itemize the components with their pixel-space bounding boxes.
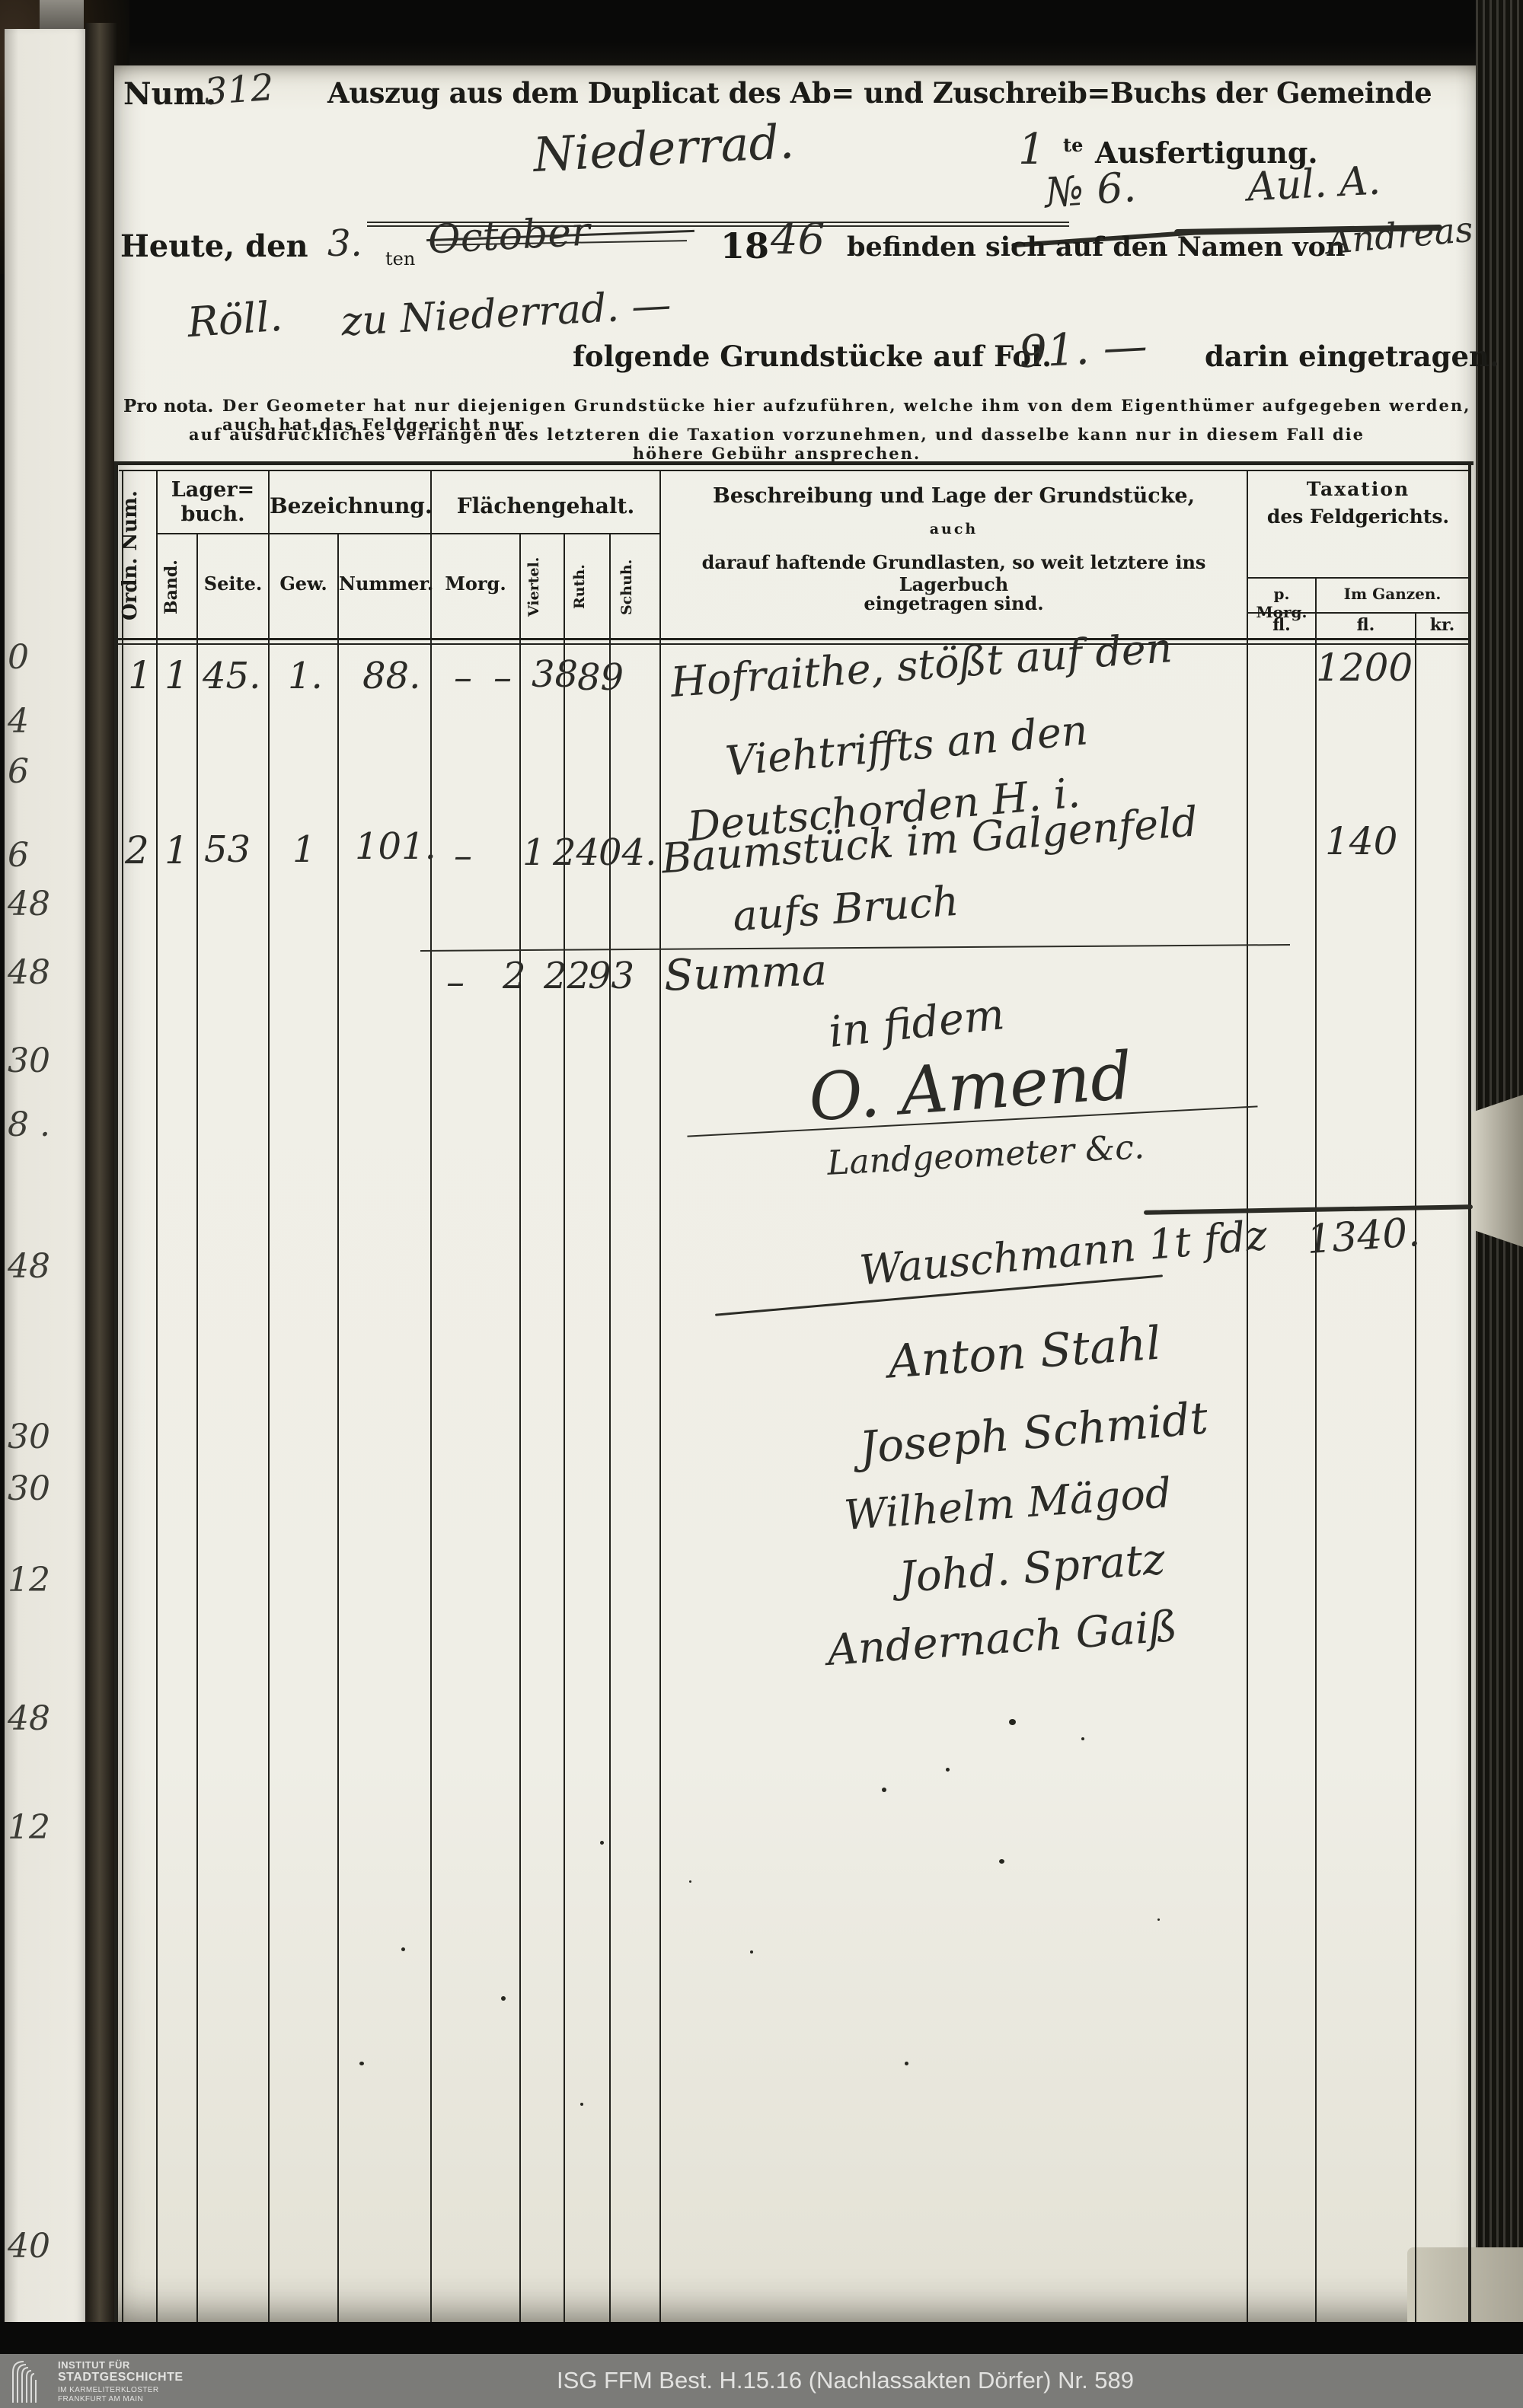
col-line-viertel (564, 533, 565, 2322)
fol-suffix: darin eingetragen. (1205, 340, 1499, 373)
ink-blot (905, 2062, 908, 2065)
margin-number: 48 (8, 953, 50, 992)
institute-line3: IM KARMELITERKLOSTER (58, 2386, 184, 2394)
date-rest: befinden sich auf den Namen von (847, 231, 1345, 263)
header-im-ganzen: Im Ganzen. (1317, 585, 1468, 603)
header-beschreibung-line2: auch (661, 521, 1247, 537)
ink-blot (401, 1947, 405, 1951)
file-number-handwritten: № 6. (1043, 163, 1138, 217)
row2-seite: 53 (204, 828, 251, 871)
summa-schuh: 93 (588, 955, 634, 997)
row2-ruth: 24 (553, 831, 599, 874)
margin-number: 30 (8, 1469, 50, 1508)
table-border-left (114, 461, 118, 2322)
margin-number: 4 (8, 702, 29, 741)
row2-taxation-im-ganzen: 140 (1325, 819, 1397, 863)
header-nummer: Nummer. (339, 572, 430, 595)
header-lagerbuch-line2: buch. (158, 502, 268, 526)
header-bottom-line (114, 638, 1471, 640)
table-border-top (114, 461, 1474, 465)
ink-blot (1009, 1719, 1016, 1725)
col-line-beschreibung (1247, 470, 1248, 2322)
col-line-gew (337, 533, 339, 2322)
ink-blot (359, 2062, 364, 2065)
margin-number: 0 (8, 638, 29, 677)
copy-suffix-small: te (1063, 134, 1083, 156)
margin-number: 40 (8, 2227, 50, 2266)
table-border-top-inner (119, 470, 1470, 471)
book-spine-shadow (85, 23, 117, 2330)
header-lagerbuch-line1: Lager= (158, 478, 268, 502)
col-line-ordn (156, 470, 158, 2322)
institute-name-block: INSTITUT FÜR STADTGESCHICHTE IM KARMELIT… (58, 2360, 184, 2403)
date-prefix: Heute, den (120, 228, 308, 264)
pro-nota-line2: auf ausdrückliches Verlangen des letzter… (183, 425, 1371, 463)
summa-label: Summa (663, 946, 828, 1000)
photo-bottom-shadow (0, 2322, 1523, 2354)
margin-number: 6 (8, 836, 29, 875)
isg-logo-icon (9, 2357, 52, 2404)
ink-blot (999, 1859, 1004, 1864)
fol-value-handwritten: 91. — (1017, 320, 1148, 378)
margin-number: 48 (8, 885, 50, 923)
col-line-seite (268, 470, 270, 2322)
copy-number-handwritten: 1 (1018, 125, 1046, 174)
header-taxation-line1: Taxation (1248, 478, 1468, 500)
table-border-left-inner (122, 470, 123, 2322)
header-beschreibung-line4: eingetragen sind. (661, 592, 1247, 614)
page-edge-highlight (1470, 1095, 1523, 1247)
row1-nummer: 88. (362, 655, 420, 697)
document-title: Auszug aus dem Duplicat des Ab= und Zusc… (327, 76, 1432, 110)
photo-top-shadow (0, 0, 1523, 70)
margin-number: 12 (8, 1808, 50, 1847)
col-line-ruth (609, 533, 611, 2322)
header-flaechengehalt: Flächengehalt. (432, 493, 659, 518)
margin-number: 12 (8, 1561, 50, 1599)
summa-ruth: 22 (544, 955, 590, 997)
margin-number: 48 (8, 1699, 50, 1738)
row2-morg: – (454, 834, 472, 877)
col-line-band (196, 533, 198, 2322)
row2-ordn: 2 (125, 828, 149, 872)
annex-handwritten: Aul. A. (1247, 158, 1382, 210)
row2-nummer: 101. (355, 825, 436, 868)
summa-morg: – (446, 961, 465, 1003)
col-line-nummer (430, 470, 432, 2322)
header-ruth: Ruth. (571, 541, 588, 633)
row2-viertel: 1 (522, 831, 546, 874)
header-beschreibung-line3: darauf haftende Grundlasten, so weit let… (661, 551, 1247, 595)
col-line-fl-kr (1415, 612, 1416, 2322)
date-day-handwritten: 3. (327, 222, 362, 265)
header-fl-imganzen: fl. (1317, 615, 1415, 635)
row1-ruth: 38 (532, 653, 578, 696)
row1-ordn: 1 (128, 653, 152, 697)
row1-morg: – (454, 656, 472, 699)
archive-citation: ISG FFM Best. H.15.16 (Nachlassakten Dör… (533, 2368, 1157, 2394)
archival-photo: 0 4 6 6 48 48 30 8 . 48 30 30 12 48 12 4… (0, 0, 1523, 2408)
subheader-line-left (156, 533, 661, 534)
year-printed: 18 (720, 225, 769, 266)
row1-gew: 1. (288, 655, 323, 697)
margin-number: 48 (8, 1247, 50, 1286)
header-taxation-line2: des Feldgerichts. (1248, 506, 1468, 528)
institute-line4: FRANKFURT AM MAIN (58, 2395, 184, 2403)
table-border-right (1468, 461, 1471, 2322)
ink-blot (1081, 1737, 1084, 1740)
margin-number: 30 (8, 1418, 50, 1456)
col-line-pmorg (1315, 577, 1317, 2322)
underlying-page-edge (5, 29, 85, 2330)
header-viertel: Viertel. (525, 541, 542, 633)
ink-blot (882, 1788, 886, 1792)
year-handwritten: 46 (771, 215, 825, 264)
header-gew: Gew. (270, 572, 337, 595)
ink-blot (946, 1768, 950, 1772)
ink-blot (580, 2103, 583, 2106)
row1-seite: 45. (203, 655, 260, 697)
header-kr: kr. (1416, 615, 1468, 635)
fol-prefix: folgende Grundstücke auf Fol. (573, 340, 1052, 373)
pro-nota-label: Pro nota. (123, 396, 213, 416)
owner-surname-handwritten: Röll. (186, 292, 284, 347)
header-band: Band. (161, 542, 181, 632)
header-ordn: Ordn. Num. (119, 481, 142, 630)
taxation-total: 1340. (1305, 1210, 1422, 1263)
taxation-group-line (1247, 577, 1470, 579)
date-day-suffix: ten (385, 248, 415, 270)
row1-band: 1 (164, 653, 189, 697)
ink-blot (501, 1996, 506, 2001)
row2-schuh: 04. (599, 831, 656, 874)
col-line-schuh (659, 470, 661, 2322)
institute-line1: INSTITUT FÜR (58, 2360, 184, 2371)
row2-gew: 1 (292, 828, 316, 871)
ink-blot (1157, 1918, 1160, 1921)
margin-number: 8 . (8, 1105, 50, 1144)
col-line-morg (519, 533, 521, 2322)
crumpled-page-corner (1407, 2247, 1523, 2330)
header-fl-pmorg: fl. (1248, 615, 1315, 635)
ink-blot (600, 1841, 604, 1845)
margin-number: 30 (8, 1041, 50, 1080)
num-label: Num. (123, 76, 216, 112)
num-value-handwritten: 312 (203, 66, 275, 113)
row1-taxation-im-ganzen: 1200 (1316, 646, 1413, 690)
header-bezeichnung: Bezeichnung. (270, 493, 430, 518)
summa-viertel: 2 (503, 955, 526, 997)
header-schuh: Schuh. (618, 541, 635, 633)
institute-line2: STADTGESCHICHTE (58, 2371, 184, 2384)
header-beschreibung-line1: Beschreibung und Lage der Grundstücke, (661, 484, 1247, 508)
ink-blot (689, 1880, 691, 1883)
ink-blot (750, 1950, 753, 1954)
row1-viertel: – (493, 656, 512, 699)
header-morg: Morg. (432, 572, 519, 595)
margin-number: 6 (8, 752, 29, 791)
header-bottom-line-inner (114, 643, 1471, 645)
header-seite: Seite. (198, 572, 268, 595)
row1-schuh: 89 (577, 656, 624, 699)
row2-band: 1 (164, 828, 189, 872)
